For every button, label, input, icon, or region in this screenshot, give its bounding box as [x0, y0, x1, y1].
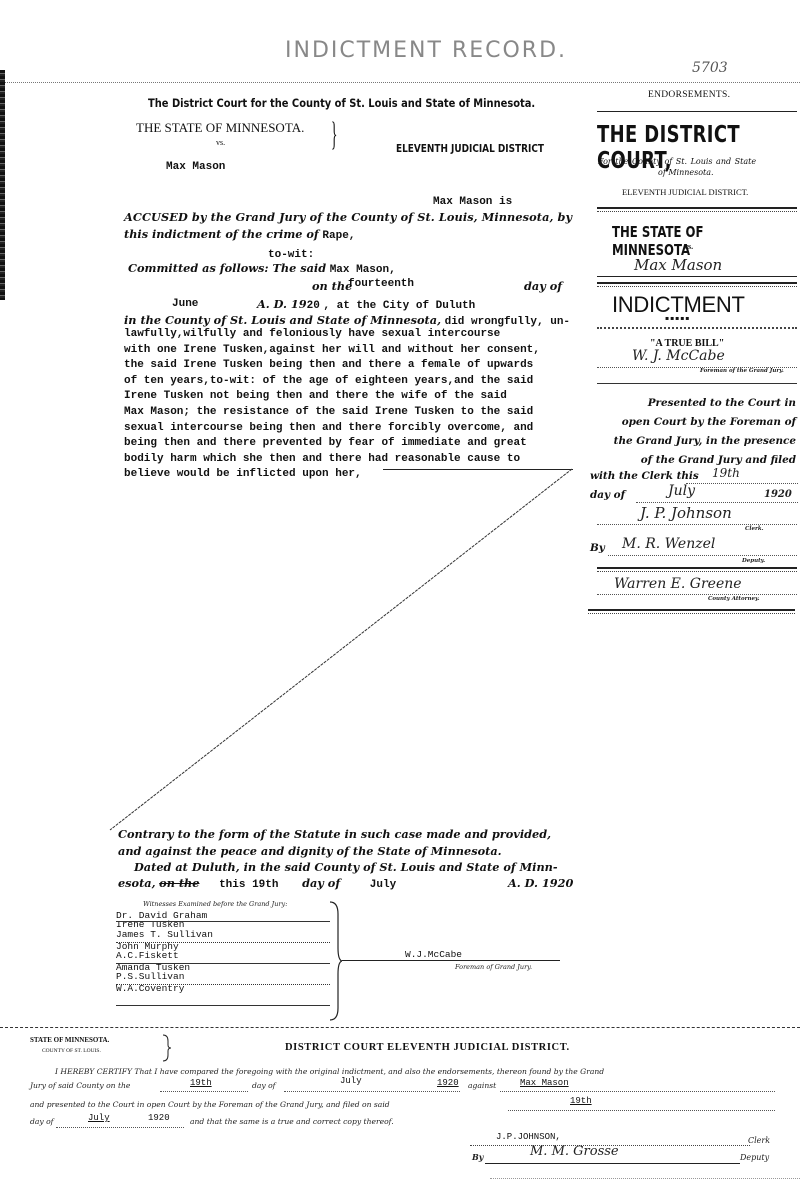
cert-filed-day: 19th [570, 1096, 592, 1106]
contrary-line: Contrary to the form of the Statute in s… [118, 826, 551, 843]
cert-against: against [468, 1081, 496, 1090]
clerk-signature: J. P. Johnson [640, 504, 732, 522]
endorsements-heading: ENDORSEMENTS. [648, 90, 730, 100]
cert-month: July [340, 1076, 362, 1086]
endorsements-rule-5 [597, 383, 797, 384]
cert-line-4: day of July 1920 and that the same is a … [30, 1117, 775, 1131]
presented-line: of the Grand Jury and filed [590, 451, 796, 470]
cert-deputy-signature: M. M. Grosse [530, 1144, 619, 1159]
filed-day-of: day of [590, 489, 625, 501]
cert-defendant-rule [500, 1091, 775, 1092]
cert-filed-year: 1920 [148, 1113, 170, 1123]
by-label: By [590, 542, 605, 554]
witness-name: James T. Sullivan [116, 930, 213, 940]
endorsement-defendant-signature: Max Mason [634, 256, 722, 274]
cert-line-3: and presented to the Court in open Court… [30, 1100, 775, 1114]
endorsement-state: THE STATE OF MINNESOTA [612, 223, 759, 259]
witness-name: P.S.Sullivan [116, 972, 184, 982]
presented-line: Presented to the Court in [590, 394, 796, 413]
dated-prefix: esota, [118, 876, 156, 890]
cert-county: COUNTY OF ST. LOUIS. [42, 1048, 101, 1054]
witness-name: A.C.Fiskett [116, 951, 179, 961]
dated-line: Dated at Duluth, in the said County of S… [134, 860, 558, 874]
witness-rule [116, 1005, 330, 1006]
filed-month-line: day of July 1920 [590, 489, 798, 501]
cert-filed-day-rule [508, 1110, 775, 1111]
witness-rule [116, 963, 330, 964]
contrary-statute: Contrary to the form of the Statute in s… [118, 826, 551, 860]
endorsements-rule-7 [588, 609, 795, 614]
foreman-name: W.J.McCabe [405, 949, 462, 960]
cert-day-rule [160, 1091, 248, 1092]
dated-day: this 19th [219, 879, 278, 891]
foreman-rule [342, 960, 560, 961]
contrary-line: and against the peace and dignity of the… [118, 843, 551, 860]
witnesses-label: Witnesses Examined before the Grand Jury… [143, 900, 287, 908]
clerk-sig-rule [597, 524, 797, 525]
certificate-top-rule [0, 1027, 800, 1028]
cert-deputy-caption: Deputy [740, 1153, 769, 1162]
witness-rule [116, 984, 330, 985]
foreman-sig-caption: Foreman of the Grand Jury. [700, 368, 784, 374]
foreman-signature: W. J. McCabe [632, 348, 725, 364]
cert-month-rule [284, 1091, 460, 1092]
deputy-caption: Deputy. [742, 558, 765, 564]
cert-state: STATE OF MINNESOTA. [30, 1036, 109, 1044]
dated-struck: on the [159, 876, 199, 890]
cert-year: 1920 [437, 1078, 459, 1088]
endorsement-county-2: of Minnesota. [658, 168, 714, 177]
endorsement-court-title: THE DISTRICT COURT, [597, 122, 755, 174]
deputy-signature: M. R. Wenzel [622, 536, 715, 552]
dated-line-2: esota, on the this 19th day of July A. D… [118, 876, 588, 891]
endorsements-rule-1 [597, 111, 797, 112]
endorsement-district: ELEVENTH JUDICIAL DISTRICT. [622, 187, 748, 197]
cert-day-of: day of [252, 1081, 275, 1090]
clerk-caption: Clerk. [745, 526, 764, 532]
cert-filed-month: July [88, 1113, 110, 1123]
endorsement-defendant-rule [597, 276, 797, 277]
cert-day: 19th [190, 1078, 212, 1088]
attorney-sig-rule [597, 594, 797, 595]
attorney-caption: County Attorney. [708, 596, 760, 602]
cert-bottom-dots [490, 1178, 800, 1179]
attorney-signature: Warren E. Greene [614, 576, 742, 592]
presented-line: the Grand Jury, in the presence [590, 432, 796, 451]
dated-month: July [370, 879, 396, 891]
endorsements-rule-2 [597, 207, 797, 212]
cert-brace [162, 1034, 172, 1062]
cert-heading: DISTRICT COURT ELEVENTH JUDICIAL DISTRIC… [285, 1042, 570, 1053]
endorsements-rule-6 [597, 567, 797, 572]
cert-filed-month-rule [56, 1127, 184, 1128]
cert-line-1: I HEREBY CERTIFY That I have compared th… [55, 1067, 604, 1076]
cert-clerk-name: J.P.JOHNSON, [496, 1132, 561, 1142]
presented-line: open Court by the Foreman of [590, 413, 796, 432]
dated-day-of: day of [302, 876, 340, 890]
filed-month: July [668, 483, 695, 499]
doc-type-ornament: ▪▪▪▪▪ [665, 315, 690, 322]
cert-deputy-rule [485, 1163, 740, 1164]
cert-line2-prefix: Jury of said County on the [30, 1081, 130, 1090]
filed-month-rule [636, 502, 798, 503]
diagonal-strike-line [0, 0, 800, 1195]
endorsement-county-1: For the County of St. Louis and State [598, 157, 756, 166]
witness-rule [116, 942, 330, 943]
cert-line4-prefix: day of [30, 1117, 53, 1126]
dated-ad: A. D. 1920 [508, 876, 573, 890]
cert-clerk-caption: Clerk [748, 1136, 770, 1145]
cert-line3-prefix: and presented to the Court in open Court… [30, 1100, 390, 1109]
witness-rule [116, 921, 330, 922]
witness-name: W.A.Coventry [116, 984, 184, 994]
cert-defendant: Max Mason [520, 1078, 569, 1088]
filed-year: 1920 [764, 489, 792, 500]
endorsement-vs: vs. [684, 242, 693, 251]
filed-prefix: with the Clerk this [590, 470, 699, 482]
filed-day: 19th [712, 466, 740, 480]
endorsements-rule-4 [597, 327, 797, 329]
presented-text: Presented to the Court inopen Court by t… [590, 394, 796, 470]
foreman-caption: Foreman of Grand Jury. [455, 963, 532, 971]
cert-by: By [472, 1152, 483, 1162]
endorsements-rule-3 [597, 282, 797, 287]
filed-day-rule [686, 483, 798, 484]
cert-line-2: Jury of said County on the 19th day of J… [30, 1081, 775, 1095]
cert-line4-suffix: and that the same is a true and correct … [190, 1117, 394, 1126]
deputy-sig-rule [608, 555, 797, 556]
filed-line: with the Clerk this 19th [590, 470, 798, 482]
witness-brace [328, 900, 342, 1022]
